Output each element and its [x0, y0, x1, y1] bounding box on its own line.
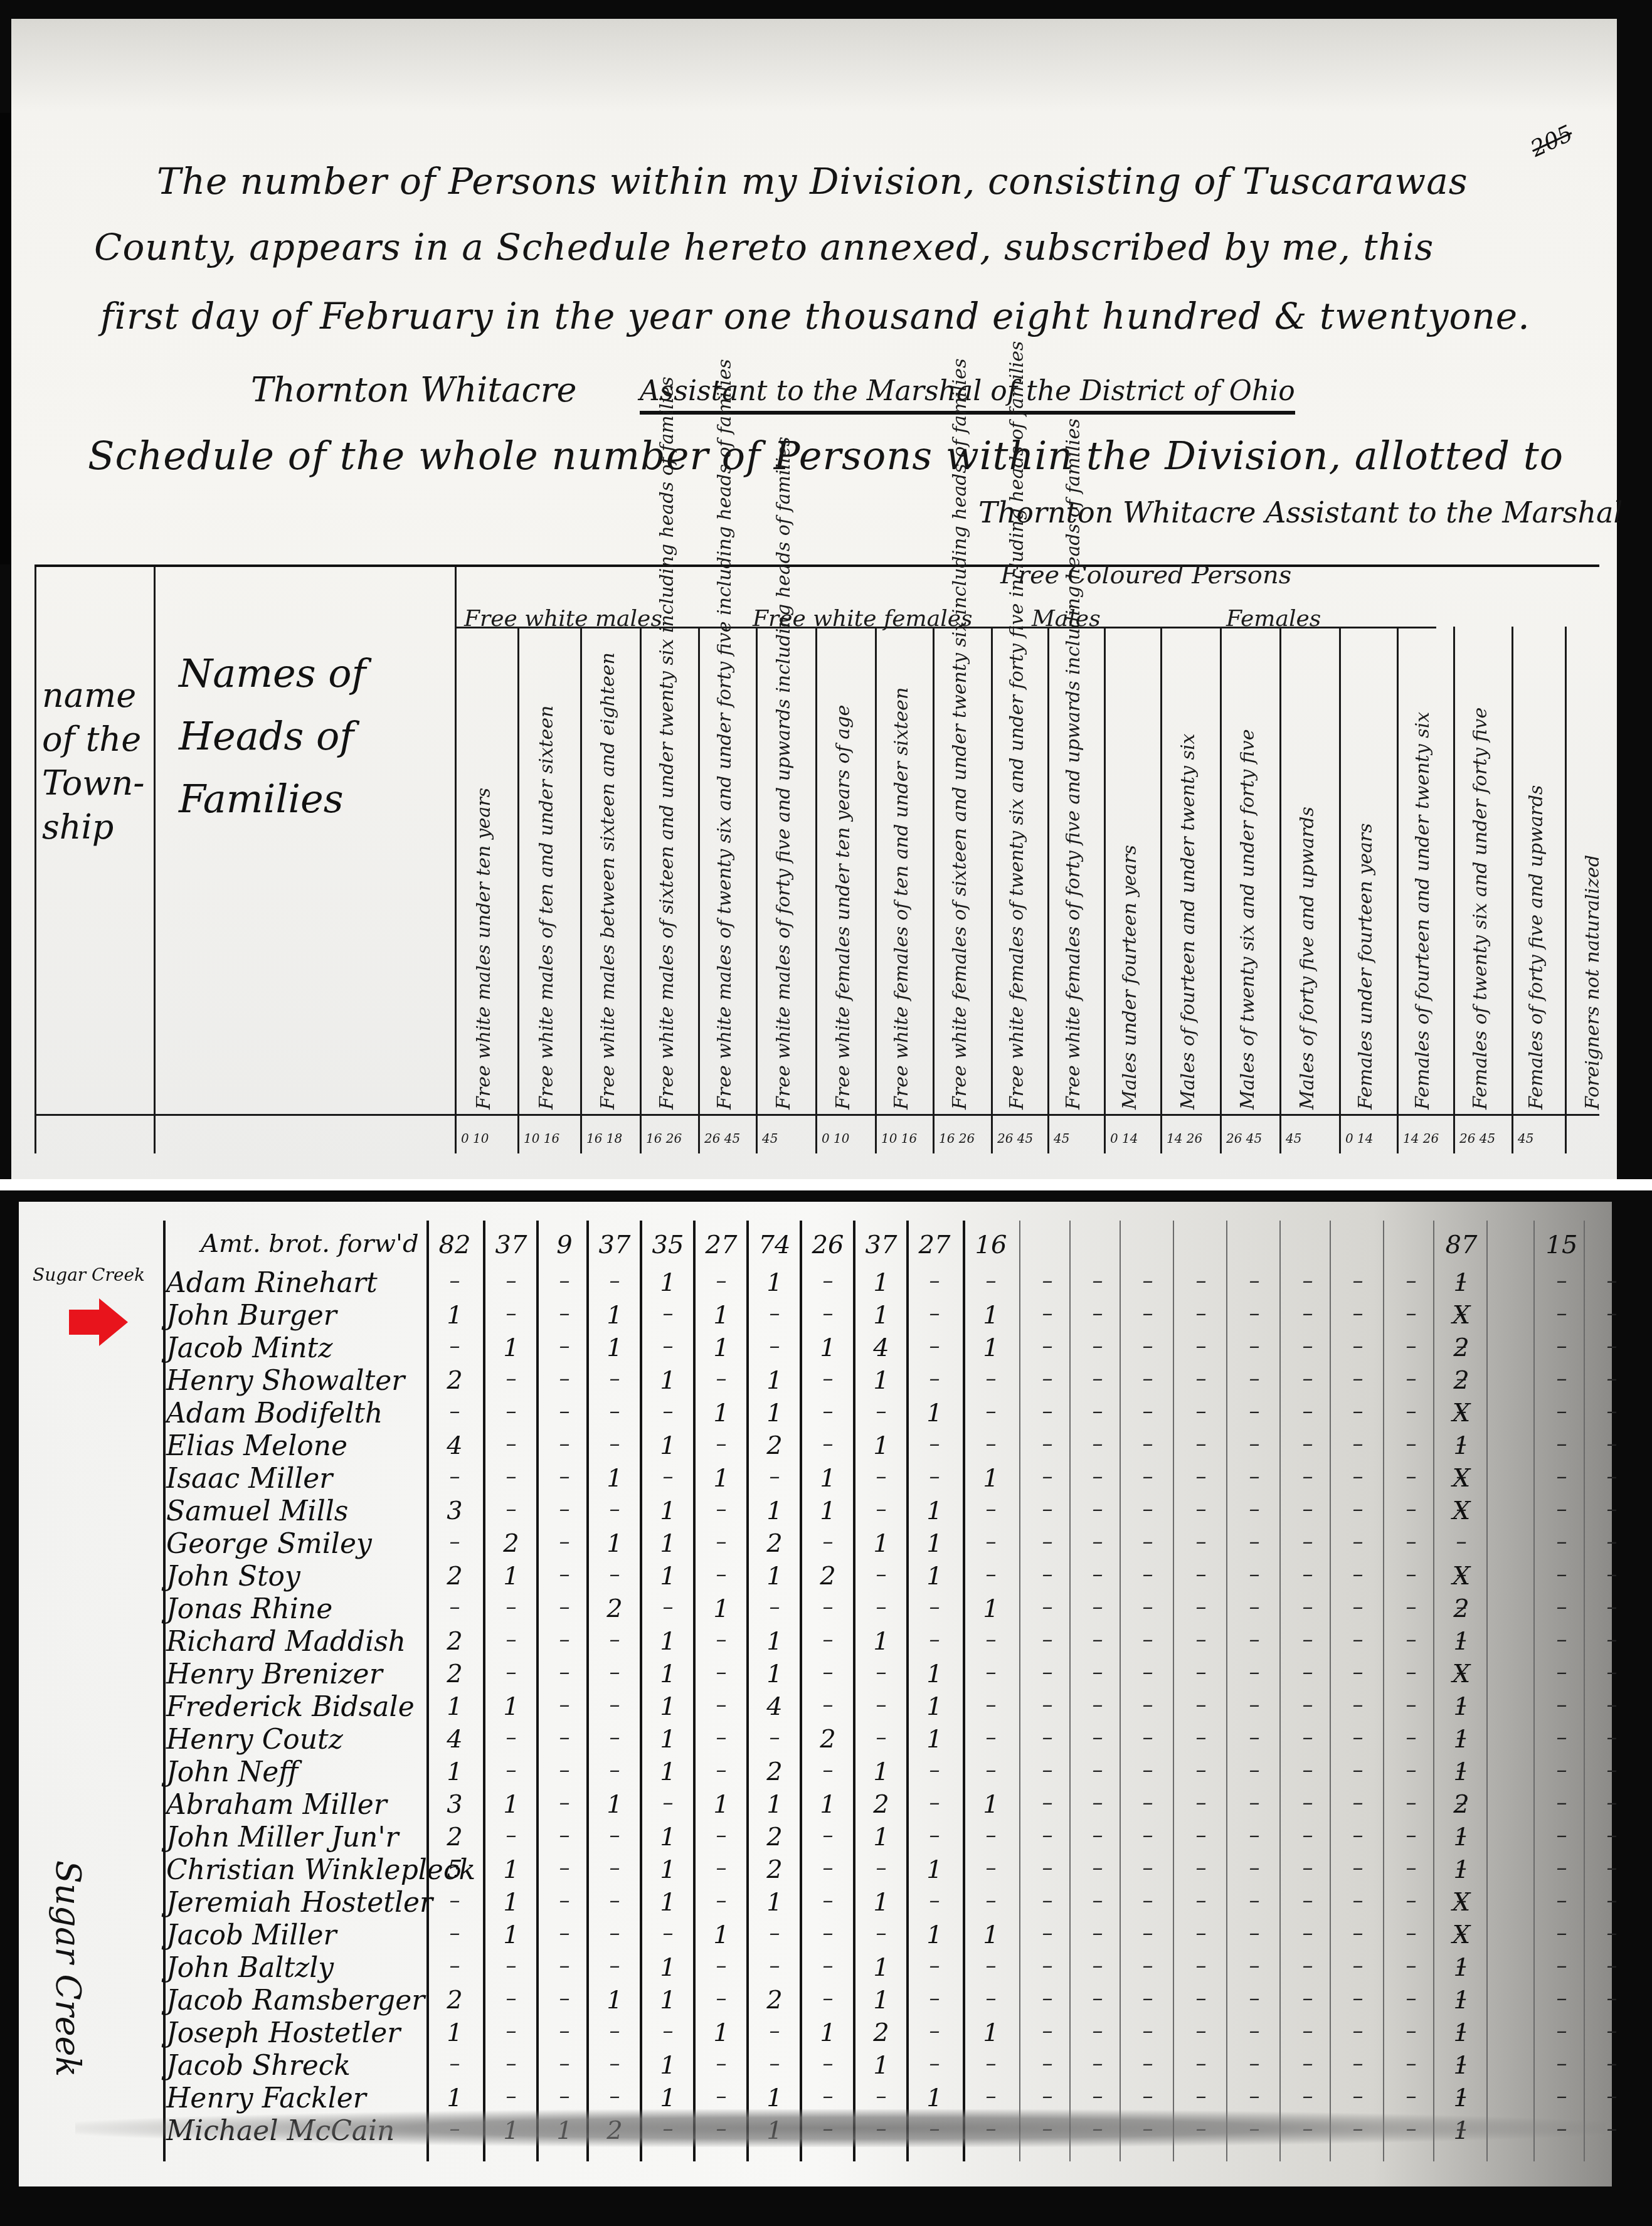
count-cell: – — [972, 1692, 1010, 1717]
count-cell: – — [492, 1660, 530, 1685]
count-cell: – — [596, 1399, 633, 1424]
count-cell: – — [1236, 1268, 1273, 1293]
count-cell: – — [1029, 1562, 1066, 1587]
count-cell: – — [1029, 1497, 1066, 1522]
count-cell: – — [1079, 1888, 1116, 1913]
count-cell: 1 — [809, 1464, 847, 1493]
count-cell: – — [1593, 1268, 1631, 1293]
count-cell: – — [972, 1660, 1010, 1685]
count-cell: 1 — [492, 1888, 530, 1917]
count-cell: – — [702, 1725, 740, 1750]
count-cell: – — [1543, 1464, 1581, 1489]
count-cell: 1 — [972, 1790, 1010, 1819]
count-cell: 1 — [702, 1399, 740, 1428]
schedule-line: Schedule of the whole number of Persons … — [88, 433, 1564, 479]
count-cell: – — [596, 1366, 633, 1391]
count-cell: – — [1593, 1497, 1631, 1522]
count-cell: – — [972, 2084, 1010, 2109]
household-row: Henry Brenizer2–––1–1––1––––––––––––X — [19, 1656, 1612, 1692]
count-cell: – — [546, 1301, 583, 1326]
head-of-family-name: John Burger — [166, 1300, 337, 1332]
count-cell: – — [1129, 1431, 1167, 1456]
count-cell: 1 — [702, 1333, 740, 1362]
count-cell: 1 — [596, 1529, 633, 1558]
signature-name: Thornton Whitacre — [251, 370, 577, 410]
count-cell: – — [916, 1464, 953, 1489]
household-row: John Miller Jun'r2–––1–2–1–––––––––––––1 — [19, 1819, 1612, 1855]
count-cell: 9 — [546, 1231, 583, 1259]
count-cell: – — [1543, 1986, 1581, 2011]
count-cell: 1 — [972, 1464, 1010, 1493]
count-cell: 1 — [756, 1562, 793, 1591]
count-cell: – — [546, 1366, 583, 1391]
count-cell: – — [862, 1464, 900, 1489]
count-cell: – — [1339, 1399, 1377, 1424]
household-row: Jacob Shreck––––1–––1–––––––––––––1 — [19, 2047, 1612, 2084]
count-cell: – — [1593, 1594, 1631, 1619]
count-cell: – — [1543, 2051, 1581, 2076]
count-cell: 1 — [862, 2051, 900, 2080]
count-cell: – — [1079, 1757, 1116, 1783]
count-cell: – — [1182, 2084, 1220, 2109]
household-row: Isaac Miller–––1–1–1––1–––––––––––X — [19, 1460, 1612, 1497]
head-of-family-name: Christian Winklepleck — [166, 1854, 475, 1886]
count-cell: 1 — [649, 1431, 687, 1460]
count-cell: – — [702, 1627, 740, 1652]
count-cell: – — [1129, 1660, 1167, 1685]
household-row: John Burger1––1–1––1–1–––––––––––X — [19, 1297, 1612, 1333]
count-cell: – — [862, 1921, 900, 1946]
count-cell: – — [1182, 1333, 1220, 1359]
count-cell: – — [1289, 2051, 1326, 2076]
count-cell: – — [1079, 2051, 1116, 2076]
count-cell: – — [972, 1627, 1010, 1652]
head-of-family-name: Elias Melone — [166, 1430, 347, 1462]
count-cell: – — [546, 1562, 583, 1587]
column-header: Free white females under ten years of ag… — [832, 705, 854, 1110]
count-cell: – — [1593, 1562, 1631, 1587]
count-cell: – — [972, 2051, 1010, 2076]
count-cell: – — [809, 1660, 847, 1685]
count-cell: 2 — [1443, 1790, 1480, 1819]
count-cell: – — [809, 1529, 847, 1554]
count-cell: – — [596, 1431, 633, 1456]
count-cell: 2 — [756, 1823, 793, 1852]
count-cell: – — [756, 1333, 793, 1359]
count-cell: – — [1339, 2084, 1377, 2109]
count-cell: – — [1289, 1594, 1326, 1619]
count-cell: – — [1543, 2018, 1581, 2043]
count-cell: – — [1593, 2084, 1631, 2109]
count-cell: – — [546, 1594, 583, 1619]
count-cell: – — [809, 1888, 847, 1913]
count-cell: – — [1079, 1855, 1116, 1880]
count-cell: – — [1129, 1594, 1167, 1619]
count-cell: – — [1289, 1823, 1326, 1848]
head-of-family-name: Frederick Bidsale — [166, 1691, 415, 1723]
count-cell: – — [1339, 1627, 1377, 1652]
count-cell: – — [1029, 1888, 1066, 1913]
household-row: Henry Showalter2–––1–1–1–––––––––––––2 — [19, 1362, 1612, 1399]
count-cell: – — [492, 1431, 530, 1456]
count-cell: 2 — [862, 2018, 900, 2047]
count-cell: – — [492, 1986, 530, 2011]
count-cell: X — [1443, 1921, 1480, 1949]
count-cell: 1 — [862, 1301, 900, 1330]
head-of-family-name: Richard Maddish — [166, 1626, 406, 1658]
count-cell: 26 — [809, 1231, 847, 1259]
count-cell: 2 — [436, 1366, 474, 1395]
count-cell: 87 — [1443, 1231, 1480, 1259]
count-cell: – — [702, 2084, 740, 2109]
count-cell: – — [862, 1855, 900, 1880]
count-cell: – — [972, 1725, 1010, 1750]
column-header: Free white males of twenty six and under… — [714, 359, 736, 1110]
count-cell: – — [546, 1660, 583, 1685]
count-cell: – — [1543, 1431, 1581, 1456]
age-code: 26 45 — [1459, 1131, 1495, 1146]
count-cell: 1 — [756, 1790, 793, 1819]
count-cell: 1 — [1443, 1855, 1480, 1884]
column-divider — [1565, 627, 1567, 1153]
count-cell: – — [492, 1464, 530, 1489]
age-code: 16 26 — [646, 1131, 682, 1146]
household-row: Abraham Miller31–1–1112–1–––––––––––2 — [19, 1786, 1612, 1823]
count-cell: – — [1182, 1529, 1220, 1554]
count-cell: 1 — [649, 1725, 687, 1754]
column-divider — [756, 627, 758, 1153]
count-cell: – — [702, 1757, 740, 1783]
count-cell: – — [1129, 1333, 1167, 1359]
count-cell: – — [1543, 1594, 1581, 1619]
household-row: Samuel Mills3–––1–11–1––––––––––––X — [19, 1493, 1612, 1529]
count-cell: – — [916, 1627, 953, 1652]
count-cell: – — [596, 1855, 633, 1880]
age-code: 16 26 — [939, 1131, 975, 1146]
column-header: Males of fourteen and under twenty six — [1177, 733, 1199, 1110]
count-cell: 2 — [436, 1986, 474, 2015]
head-of-family-name: Joseph Hostetler — [166, 2017, 400, 2049]
count-cell: – — [1543, 1268, 1581, 1293]
count-cell: 1 — [1443, 1725, 1480, 1754]
count-cell: 4 — [862, 1333, 900, 1362]
head-of-family-name: Henry Brenizer — [166, 1658, 383, 1690]
count-cell: 1 — [649, 1953, 687, 1982]
household-row: Jacob Ramsberger2––11–2–1–––––––––––––1 — [19, 1982, 1612, 2018]
count-cell: – — [649, 1464, 687, 1489]
count-cell: – — [1079, 1986, 1116, 2011]
count-cell: 1 — [972, 1301, 1010, 1330]
count-cell: – — [862, 1725, 900, 1750]
count-cell: – — [809, 1921, 847, 1946]
count-cell: X — [1443, 1562, 1480, 1591]
count-cell: – — [1339, 1562, 1377, 1587]
count-cell: – — [972, 1431, 1010, 1456]
count-cell: – — [546, 1823, 583, 1848]
count-cell: 1 — [916, 1921, 953, 1949]
count-cell: – — [1543, 1529, 1581, 1554]
count-cell: – — [1543, 1497, 1581, 1522]
count-cell: – — [1289, 1464, 1326, 1489]
count-cell: – — [1289, 1529, 1326, 1554]
count-cell: – — [809, 1268, 847, 1293]
count-cell: X — [1443, 1888, 1480, 1917]
column-header: Males under fourteen years — [1119, 845, 1141, 1110]
count-cell: – — [1593, 1790, 1631, 1815]
count-cell: 1 — [649, 1268, 687, 1297]
count-cell: 1 — [492, 1333, 530, 1362]
count-cell: – — [756, 1301, 793, 1326]
count-cell: – — [1029, 1790, 1066, 1815]
age-code: 16 18 — [586, 1131, 622, 1146]
count-cell: – — [436, 1268, 474, 1293]
count-cell: – — [972, 1497, 1010, 1522]
count-cell: – — [1182, 1268, 1220, 1293]
head-of-family-name: Abraham Miller — [166, 1789, 387, 1821]
head-of-family-name: Adam Rinehart — [166, 1267, 378, 1299]
count-cell: – — [916, 1431, 953, 1456]
count-cell: – — [1339, 1692, 1377, 1717]
head-of-family-name: Jacob Mintz — [166, 1332, 332, 1364]
household-row: Jeremiah Hostetler–1––1–1–1–––––––––––––… — [19, 1884, 1612, 1921]
count-cell: 1 — [649, 1855, 687, 1884]
count-cell: – — [1593, 1986, 1631, 2011]
count-cell: – — [436, 1594, 474, 1619]
count-cell: – — [756, 1725, 793, 1750]
count-cell: – — [972, 1986, 1010, 2011]
count-cell: – — [1236, 1757, 1273, 1783]
count-cell: – — [1236, 1888, 1273, 1913]
count-cell: 1 — [916, 1725, 953, 1754]
count-cell: 1 — [436, 1757, 474, 1786]
count-cell: – — [546, 1855, 583, 1880]
count-cell: – — [916, 2018, 953, 2043]
count-cell: 5 — [436, 1855, 474, 1884]
count-cell: – — [1182, 1464, 1220, 1489]
count-cell: – — [702, 1268, 740, 1293]
count-cell: – — [702, 1692, 740, 1717]
count-cell: – — [1543, 1757, 1581, 1783]
count-cell: – — [1182, 1660, 1220, 1685]
count-cell: – — [1029, 1333, 1066, 1359]
count-cell: – — [1339, 1921, 1377, 1946]
age-code: 14 26 — [1167, 1131, 1202, 1146]
count-cell: – — [1543, 1790, 1581, 1815]
group-underline — [455, 627, 1436, 628]
count-cell: – — [1029, 1627, 1066, 1652]
count-cell: – — [596, 2051, 633, 2076]
count-cell: – — [1543, 1301, 1581, 1326]
count-cell: – — [1289, 1725, 1326, 1750]
count-cell: – — [1129, 1953, 1167, 1978]
count-cell: – — [1392, 1562, 1430, 1587]
count-cell: – — [1392, 1986, 1430, 2011]
count-cell: – — [916, 2051, 953, 2076]
count-cell: 74 — [756, 1231, 793, 1259]
count-cell: 2 — [756, 1855, 793, 1884]
count-cell: 2 — [1443, 1366, 1480, 1395]
age-code: 45 — [1054, 1131, 1069, 1146]
household-row: Richard Maddish2–––1–1–1–––––––––––––1 — [19, 1623, 1612, 1660]
count-cell: – — [1543, 1725, 1581, 1750]
count-cell: – — [1129, 1823, 1167, 1848]
count-cell: – — [1593, 1953, 1631, 1978]
count-cell: – — [702, 1823, 740, 1848]
count-cell: – — [809, 1757, 847, 1783]
count-cell: 1 — [1443, 1431, 1480, 1460]
column-divider — [698, 627, 700, 1153]
count-cell: – — [1236, 1790, 1273, 1815]
count-cell: 1 — [649, 1366, 687, 1395]
count-cell: 1 — [862, 1757, 900, 1786]
age-code: 0 14 — [1345, 1131, 1374, 1146]
count-cell: 27 — [702, 1231, 740, 1259]
count-cell: – — [1079, 1366, 1116, 1391]
count-cell: 1 — [1443, 2051, 1480, 2080]
household-row: George Smiley–2–11–2–11––––––––––––– — [19, 1525, 1612, 1562]
count-cell: – — [1129, 1986, 1167, 2011]
count-cell: 2 — [809, 1562, 847, 1591]
water-stain — [75, 2109, 1606, 2147]
count-cell: – — [1593, 1301, 1631, 1326]
count-cell: 1 — [1443, 1757, 1480, 1786]
count-cell: – — [1129, 1921, 1167, 1946]
count-cell: – — [1392, 1725, 1430, 1750]
count-cell: 1 — [809, 1497, 847, 1525]
count-cell: – — [1593, 1855, 1631, 1880]
count-cell: 1 — [862, 1529, 900, 1558]
count-cell: – — [1392, 1529, 1430, 1554]
count-cell: – — [649, 1921, 687, 1946]
count-cell: X — [1443, 1399, 1480, 1428]
household-row: John Baltzly––––1–––1–––––––––––––1 — [19, 1949, 1612, 1986]
count-cell: – — [1029, 2084, 1066, 2109]
count-cell: – — [1079, 1594, 1116, 1619]
count-cell: – — [1289, 1855, 1326, 1880]
count-cell: – — [1029, 2051, 1066, 2076]
count-cell: – — [1289, 1921, 1326, 1946]
count-cell: – — [1392, 1268, 1430, 1293]
count-cell: – — [1543, 1692, 1581, 1717]
count-cell: – — [862, 1562, 900, 1587]
count-cell: – — [916, 1953, 953, 1978]
count-cell: – — [1079, 1529, 1116, 1554]
column-divider — [1512, 627, 1513, 1153]
count-cell: 2 — [492, 1529, 530, 1558]
count-cell: 1 — [862, 1986, 900, 2015]
age-code: 0 14 — [1110, 1131, 1138, 1146]
count-cell: – — [596, 2018, 633, 2043]
count-cell: 15 — [1543, 1231, 1581, 1259]
household-row: John Stoy21––1–12–1––––––––––––X — [19, 1558, 1612, 1594]
township-header: name of the Town-ship — [42, 674, 149, 849]
township-divider — [154, 567, 156, 1153]
count-cell: – — [1029, 1366, 1066, 1391]
count-cell: – — [1029, 1529, 1066, 1554]
count-cell: 1 — [809, 1790, 847, 1819]
count-cell: – — [702, 1855, 740, 1880]
count-cell: – — [702, 1562, 740, 1587]
census-header-panel: 205 The number of Persons within my Divi… — [0, 0, 1652, 1179]
count-cell: 2 — [1443, 1333, 1480, 1362]
count-cell: 1 — [702, 2018, 740, 2047]
count-cell: 27 — [916, 1231, 953, 1259]
count-cell: – — [1339, 1301, 1377, 1326]
count-cell: – — [702, 2051, 740, 2076]
count-cell: – — [1289, 1692, 1326, 1717]
count-cell: – — [1339, 1268, 1377, 1293]
count-cell: – — [546, 1953, 583, 1978]
count-cell: – — [862, 1660, 900, 1685]
count-cell: – — [972, 1953, 1010, 1978]
count-cell: – — [1182, 1953, 1220, 1978]
count-cell: 1 — [862, 1888, 900, 1917]
preamble-line-2: County, appears in a Schedule hereto ann… — [94, 226, 1434, 268]
count-cell: – — [1392, 2051, 1430, 2076]
count-cell: – — [1339, 1431, 1377, 1456]
count-cell: – — [492, 1627, 530, 1652]
count-cell: – — [649, 2018, 687, 2043]
count-cell: – — [916, 1301, 953, 1326]
count-cell: 37 — [596, 1231, 633, 1259]
count-cell: – — [546, 1888, 583, 1913]
count-cell: – — [1029, 1953, 1066, 1978]
count-cell: 1 — [916, 1855, 953, 1884]
count-cell: 1 — [492, 1692, 530, 1721]
count-cell: 1 — [916, 1692, 953, 1721]
count-cell: – — [1392, 2084, 1430, 2109]
count-cell: – — [809, 2084, 847, 2109]
count-cell: – — [546, 1921, 583, 1946]
count-cell: – — [972, 1366, 1010, 1391]
count-cell: – — [1029, 1301, 1066, 1326]
red-arrow-icon — [69, 1310, 99, 1335]
count-cell: 2 — [756, 1431, 793, 1460]
count-cell: – — [596, 1660, 633, 1685]
count-cell: – — [546, 1268, 583, 1293]
count-cell: – — [862, 1594, 900, 1619]
count-cell: – — [1182, 1594, 1220, 1619]
column-divider — [875, 627, 877, 1153]
head-of-family-name: John Miller Jun'r — [166, 1821, 399, 1853]
count-cell: – — [492, 1497, 530, 1522]
count-cell: – — [1543, 1888, 1581, 1913]
count-cell: – — [1236, 1594, 1273, 1619]
age-code: 0 10 — [822, 1131, 850, 1146]
count-cell: 4 — [756, 1692, 793, 1721]
count-cell: 1 — [916, 1399, 953, 1428]
count-cell: – — [1392, 1333, 1430, 1359]
count-cell: 1 — [649, 2084, 687, 2112]
column-divider — [1220, 627, 1222, 1153]
count-cell: 1 — [862, 1431, 900, 1460]
count-cell: – — [492, 1301, 530, 1326]
count-cell: – — [1236, 1301, 1273, 1326]
count-cell: – — [492, 1268, 530, 1293]
count-cell: – — [1593, 2051, 1631, 2076]
count-cell: – — [702, 1529, 740, 1554]
head-of-family-name: John Baltzly — [166, 1952, 334, 1984]
count-cell: 1 — [492, 1855, 530, 1884]
count-cell: – — [1392, 2018, 1430, 2043]
count-cell: 1 — [756, 1497, 793, 1525]
count-cell: – — [1182, 1855, 1220, 1880]
count-cell: – — [1339, 1757, 1377, 1783]
count-cell: 1 — [649, 1627, 687, 1656]
preamble-line-1: The number of Persons within my Division… — [157, 160, 1468, 203]
count-cell: – — [1289, 1888, 1326, 1913]
column-header: Free white females of ten and under sixt… — [891, 687, 913, 1110]
